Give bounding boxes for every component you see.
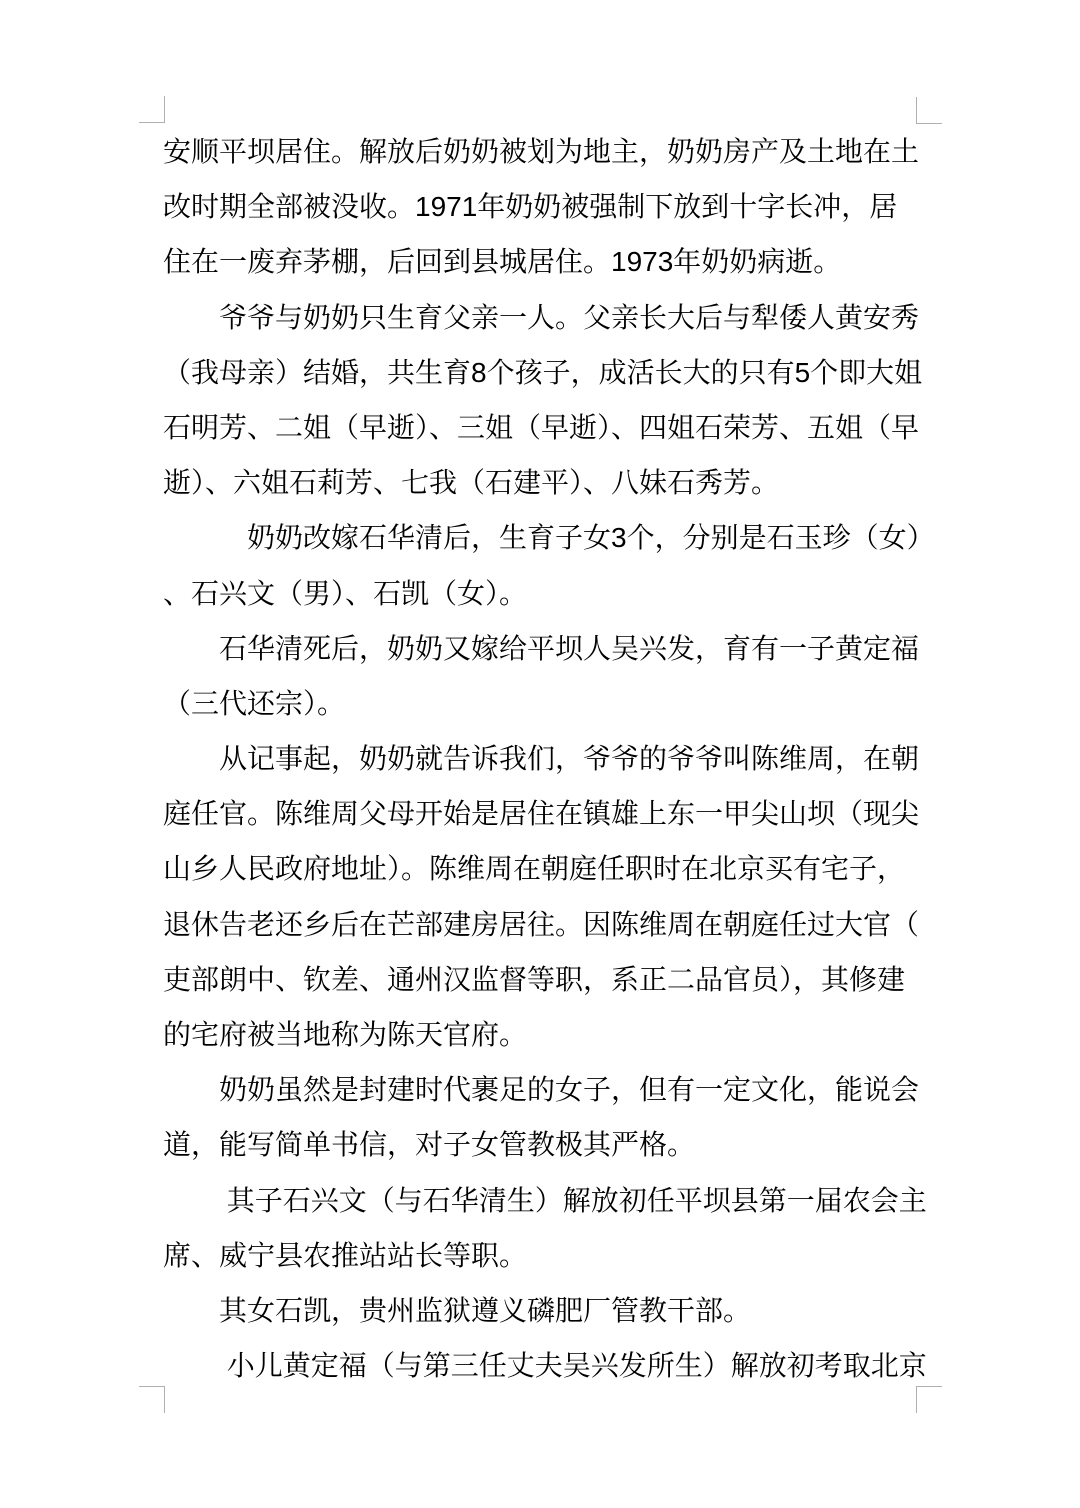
document-text-block: 安顺平坝居住。解放后奶奶被划为地主，奶奶房产及土地在土 改时期全部被没收。197… bbox=[163, 124, 925, 1393]
text-line: 小儿黄定福（与第三任丈夫吴兴发所生）解放初考取北京 bbox=[163, 1338, 925, 1393]
text-line: 的宅府被当地称为陈天官府。 bbox=[163, 1007, 925, 1062]
text-line: 爷爷与奶奶只生育父亲一人。父亲长大后与犁倭人黄安秀 bbox=[163, 290, 925, 345]
text-line: 其子石兴文（与石华清生）解放初任平坝县第一届农会主 bbox=[163, 1173, 925, 1228]
text-line: 吏部朗中、钦差、通州汉监督等职，系正二品官员），其修建 bbox=[163, 952, 925, 1007]
text-boundary-mark-top-right bbox=[916, 97, 942, 124]
text-boundary-mark-top-left bbox=[139, 96, 165, 123]
text-line: 奶奶虽然是封建时代裹足的女子，但有一定文化，能说会 bbox=[163, 1062, 925, 1117]
text-line: （我母亲）结婚，共生育8个孩子，成活长大的只有5个即大姐 bbox=[163, 345, 925, 400]
text-line: 逝）、六姐石莉芳、七我（石建平）、八妹石秀芳。 bbox=[163, 455, 925, 510]
text-line: 道，能写简单书信，对子女管教极其严格。 bbox=[163, 1117, 925, 1172]
document-page: 安顺平坝居住。解放后奶奶被划为地主，奶奶房产及土地在土 改时期全部被没收。197… bbox=[0, 0, 1080, 1508]
text-line: 奶奶改嫁石华清后，生育子女3个，分别是石玉珍（女） bbox=[163, 510, 925, 565]
text-line: 退休告老还乡后在芒部建房居往。因陈维周在朝庭任过大官（ bbox=[163, 897, 925, 952]
text-line: （三代还宗）。 bbox=[163, 676, 925, 731]
text-line: 席、威宁县农推站站长等职。 bbox=[163, 1228, 925, 1283]
text-line: 住在一废弃茅棚，后回到县城居住。1973年奶奶病逝。 bbox=[163, 234, 925, 289]
text-line: 安顺平坝居住。解放后奶奶被划为地主，奶奶房产及土地在土 bbox=[163, 124, 925, 179]
text-line: 石明芳、二姐（早逝）、三姐（早逝）、四姐石荣芳、五姐（早 bbox=[163, 400, 925, 455]
text-line: 从记事起，奶奶就告诉我们，爷爷的爷爷叫陈维周，在朝 bbox=[163, 731, 925, 786]
text-line: 、石兴文（男）、石凯（女）。 bbox=[163, 566, 925, 621]
text-line: 庭任官。陈维周父母开始是居住在镇雄上东一甲尖山坝（现尖 bbox=[163, 786, 925, 841]
text-line: 石华清死后，奶奶又嫁给平坝人吴兴发，育有一子黄定福 bbox=[163, 621, 925, 676]
text-line: 其女石凯，贵州监狱遵义磷肥厂管教干部。 bbox=[163, 1283, 925, 1338]
text-line: 山乡人民政府地址）。陈维周在朝庭任职时在北京买有宅子， bbox=[163, 841, 925, 896]
text-boundary-mark-bottom-left bbox=[139, 1386, 165, 1413]
text-line: 改时期全部被没收。1971年奶奶被强制下放到十字长冲，居 bbox=[163, 179, 925, 234]
